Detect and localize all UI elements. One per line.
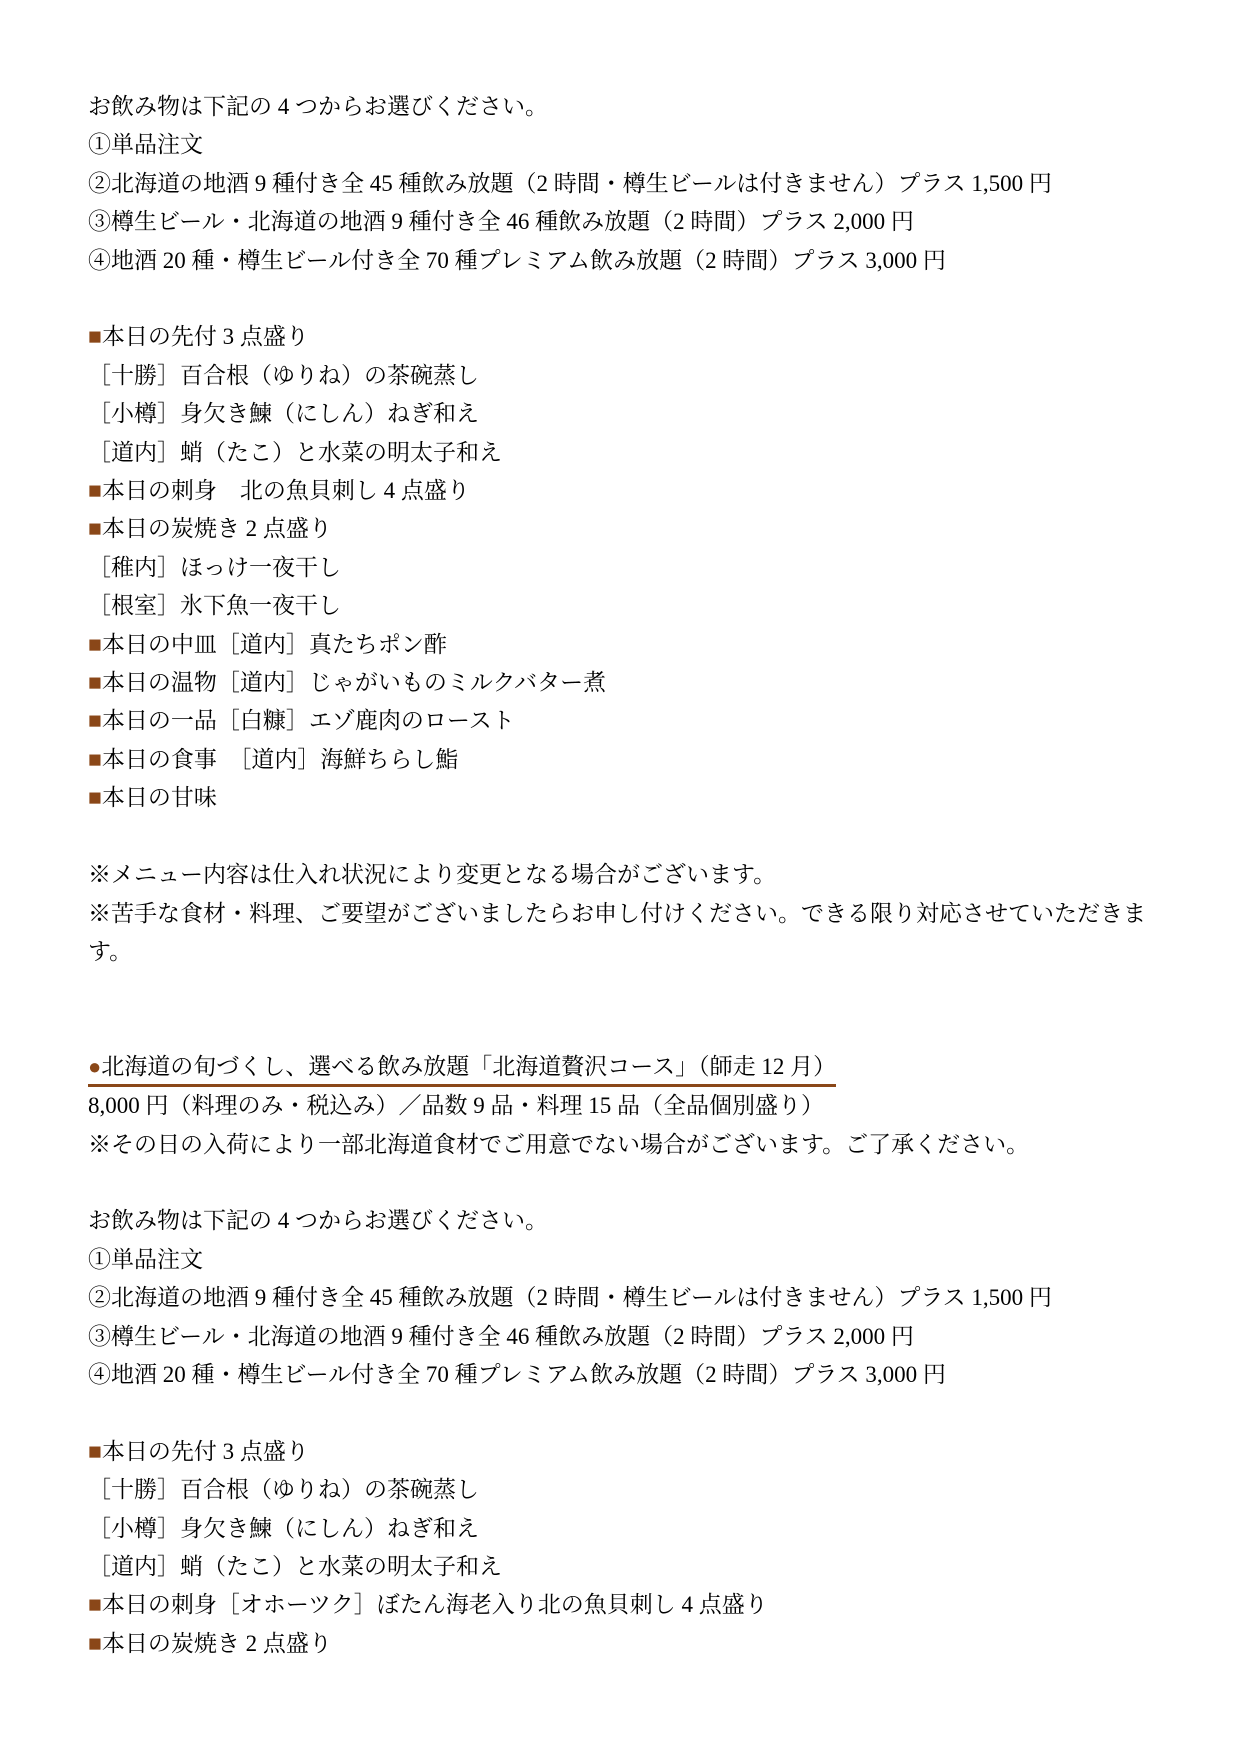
- line-content: ③樽生ビール・北海道の地酒 9 種付き全 46 種飲み放題（2 時間）プラス 2…: [88, 1324, 914, 1349]
- line-text: ③樽生ビール・北海道の地酒 9 種付き全 46 種飲み放題（2 時間）プラス 2…: [88, 1324, 914, 1349]
- line-content: ■本日の食事 ［道内］海鮮ちらし鮨: [88, 747, 458, 772]
- line-text: ［小樽］身欠き鰊（にしん）ねぎ和え: [88, 1516, 479, 1541]
- square-bullet-icon: ■: [88, 632, 102, 657]
- line-text: 8,000 円（料理のみ・税込み）／品数 9 品・料理 15 品（全品個別盛り）: [88, 1093, 824, 1118]
- blank-line: [88, 280, 1155, 318]
- menu-text-line: ［道内］蛸（たこ）と水菜の明太子和え: [88, 434, 1155, 472]
- line-content: ■本日の中皿［道内］真たちポン酢: [88, 632, 447, 657]
- line-text: 北海道の旬づくし、選べる飲み放題「北海道贅沢コース」（師走 12 月）: [101, 1054, 836, 1079]
- line-text: ※その日の入荷により一部北海道食材でご用意でない場合がございます。ご了承ください…: [88, 1132, 1029, 1157]
- line-content: ※苦手な食材・料理、ご要望がございましたらお申し付けください。できる限り対応させ…: [88, 901, 1146, 964]
- square-bullet-icon: ■: [88, 747, 102, 772]
- menu-text-line: ■本日の先付 3 点盛り: [88, 1433, 1155, 1471]
- menu-document: お飲み物は下記の 4 つからお選びください。①単品注文②北海道の地酒 9 種付き…: [88, 88, 1155, 1663]
- menu-text-line: ■本日の刺身［オホーツク］ぼたん海老入り北の魚貝刺し 4 点盛り: [88, 1586, 1155, 1624]
- line-text: ［道内］蛸（たこ）と水菜の明太子和え: [88, 440, 502, 465]
- blank-line: [88, 971, 1155, 1009]
- menu-text-line: 8,000 円（料理のみ・税込み）／品数 9 品・料理 15 品（全品個別盛り）: [88, 1087, 1155, 1125]
- menu-text-line: ③樽生ビール・北海道の地酒 9 種付き全 46 種飲み放題（2 時間）プラス 2…: [88, 203, 1155, 241]
- line-text: 本日の食事 ［道内］海鮮ちらし鮨: [102, 747, 459, 772]
- line-content: お飲み物は下記の 4 つからお選びください。: [88, 94, 548, 119]
- line-text: ［十勝］百合根（ゆりね）の茶碗蒸し: [88, 1477, 479, 1502]
- line-text: 本日の炭焼き 2 点盛り: [102, 516, 332, 541]
- menu-text-line: ■本日の炭焼き 2 点盛り: [88, 1625, 1155, 1663]
- menu-text-line: ■本日の温物［道内］じゃがいものミルクバター煮: [88, 664, 1155, 702]
- circle-bullet-icon: ●: [88, 1054, 101, 1079]
- square-bullet-icon: ■: [88, 324, 102, 349]
- menu-text-line: ①単品注文: [88, 126, 1155, 164]
- line-content: ②北海道の地酒 9 種付き全 45 種飲み放題（2 時間・樽生ビールは付きません…: [88, 1285, 1052, 1310]
- line-text: 本日の温物［道内］じゃがいものミルクバター煮: [102, 670, 606, 695]
- line-content: ■本日の刺身［オホーツク］ぼたん海老入り北の魚貝刺し 4 点盛り: [88, 1592, 768, 1617]
- menu-text-line: ■本日の先付 3 点盛り: [88, 318, 1155, 356]
- menu-text-line: ■本日の刺身 北の魚貝刺し 4 点盛り: [88, 472, 1155, 510]
- line-content: ④地酒 20 種・樽生ビール付き全 70 種プレミアム飲み放題（2 時間）プラス…: [88, 1362, 946, 1387]
- line-text: お飲み物は下記の 4 つからお選びください。: [88, 94, 548, 119]
- line-content: ■本日の一品［白糠］エゾ鹿肉のロースト: [88, 708, 515, 733]
- menu-text-line: ④地酒 20 種・樽生ビール付き全 70 種プレミアム飲み放題（2 時間）プラス…: [88, 242, 1155, 280]
- line-content: ■本日の先付 3 点盛り: [88, 324, 309, 349]
- line-content: ［道内］蛸（たこ）と水菜の明太子和え: [88, 440, 502, 465]
- menu-text-line: ［稚内］ほっけ一夜干し: [88, 549, 1155, 587]
- line-text: ※メニュー内容は仕入れ状況により変更となる場合がございます。: [88, 862, 776, 887]
- menu-text-line: ■本日の炭焼き 2 点盛り: [88, 510, 1155, 548]
- menu-text-line: ［十勝］百合根（ゆりね）の茶碗蒸し: [88, 357, 1155, 395]
- menu-text-line: ※苦手な食材・料理、ご要望がございましたらお申し付けください。できる限り対応させ…: [88, 895, 1155, 972]
- line-text: ③樽生ビール・北海道の地酒 9 種付き全 46 種飲み放題（2 時間）プラス 2…: [88, 209, 914, 234]
- line-content: ■本日の温物［道内］じゃがいものミルクバター煮: [88, 670, 606, 695]
- menu-text-line: ■本日の一品［白糠］エゾ鹿肉のロースト: [88, 702, 1155, 740]
- underlined-heading: ●北海道の旬づくし、選べる飲み放題「北海道贅沢コース」（師走 12 月）: [88, 1050, 836, 1087]
- line-text: ※苦手な食材・料理、ご要望がございましたらお申し付けください。できる限り対応させ…: [88, 901, 1146, 964]
- line-content: ［根室］氷下魚一夜干し: [88, 593, 341, 618]
- line-text: 本日の刺身［オホーツク］ぼたん海老入り北の魚貝刺し 4 点盛り: [102, 1592, 768, 1617]
- line-text: ［道内］蛸（たこ）と水菜の明太子和え: [88, 1554, 502, 1579]
- blank-line: [88, 1164, 1155, 1202]
- line-content: ※メニュー内容は仕入れ状況により変更となる場合がございます。: [88, 862, 776, 887]
- line-text: ［十勝］百合根（ゆりね）の茶碗蒸し: [88, 363, 479, 388]
- line-text: ②北海道の地酒 9 種付き全 45 種飲み放題（2 時間・樽生ビールは付きません…: [88, 1285, 1052, 1310]
- menu-text-line: ②北海道の地酒 9 種付き全 45 種飲み放題（2 時間・樽生ビールは付きません…: [88, 165, 1155, 203]
- line-content: ［十勝］百合根（ゆりね）の茶碗蒸し: [88, 1477, 479, 1502]
- line-content: ④地酒 20 種・樽生ビール付き全 70 種プレミアム飲み放題（2 時間）プラス…: [88, 248, 946, 273]
- line-content: ■本日の炭焼き 2 点盛り: [88, 1631, 332, 1656]
- menu-text-line: ［小樽］身欠き鰊（にしん）ねぎ和え: [88, 1510, 1155, 1548]
- line-text: 本日の炭焼き 2 点盛り: [102, 1631, 332, 1656]
- line-content: ②北海道の地酒 9 種付き全 45 種飲み放題（2 時間・樽生ビールは付きません…: [88, 171, 1052, 196]
- menu-text-line: ［十勝］百合根（ゆりね）の茶碗蒸し: [88, 1471, 1155, 1509]
- line-content: ［小樽］身欠き鰊（にしん）ねぎ和え: [88, 401, 479, 426]
- menu-text-line: ①単品注文: [88, 1241, 1155, 1279]
- square-bullet-icon: ■: [88, 708, 102, 733]
- line-content: ［小樽］身欠き鰊（にしん）ねぎ和え: [88, 1516, 479, 1541]
- line-content: お飲み物は下記の 4 つからお選びください。: [88, 1208, 548, 1233]
- blank-line: [88, 1010, 1155, 1048]
- menu-text-line: ［小樽］身欠き鰊（にしん）ねぎ和え: [88, 395, 1155, 433]
- blank-line: [88, 818, 1155, 856]
- line-text: 本日の一品［白糠］エゾ鹿肉のロースト: [102, 708, 515, 733]
- line-content: ［十勝］百合根（ゆりね）の茶碗蒸し: [88, 363, 479, 388]
- line-text: お飲み物は下記の 4 つからお選びください。: [88, 1208, 548, 1233]
- square-bullet-icon: ■: [88, 670, 102, 695]
- square-bullet-icon: ■: [88, 1439, 102, 1464]
- line-text: ［小樽］身欠き鰊（にしん）ねぎ和え: [88, 401, 479, 426]
- menu-text-line: ③樽生ビール・北海道の地酒 9 種付き全 46 種飲み放題（2 時間）プラス 2…: [88, 1318, 1155, 1356]
- menu-text-line: ［道内］蛸（たこ）と水菜の明太子和え: [88, 1548, 1155, 1586]
- menu-text-line: ■本日の中皿［道内］真たちポン酢: [88, 626, 1155, 664]
- square-bullet-icon: ■: [88, 1592, 102, 1617]
- line-content: ①単品注文: [88, 132, 203, 157]
- line-text: ①単品注文: [88, 1247, 203, 1272]
- square-bullet-icon: ■: [88, 785, 102, 810]
- line-text: ④地酒 20 種・樽生ビール付き全 70 種プレミアム飲み放題（2 時間）プラス…: [88, 248, 946, 273]
- square-bullet-icon: ■: [88, 478, 102, 503]
- line-text: ④地酒 20 種・樽生ビール付き全 70 種プレミアム飲み放題（2 時間）プラス…: [88, 1362, 946, 1387]
- menu-text-line: ※その日の入荷により一部北海道食材でご用意でない場合がございます。ご了承ください…: [88, 1126, 1155, 1164]
- menu-text-line: ■本日の甘味: [88, 779, 1155, 817]
- line-text: 本日の甘味: [102, 785, 217, 810]
- line-text: ②北海道の地酒 9 種付き全 45 種飲み放題（2 時間・樽生ビールは付きません…: [88, 171, 1052, 196]
- line-content: ③樽生ビール・北海道の地酒 9 種付き全 46 種飲み放題（2 時間）プラス 2…: [88, 209, 914, 234]
- menu-text-line: ④地酒 20 種・樽生ビール付き全 70 種プレミアム飲み放題（2 時間）プラス…: [88, 1356, 1155, 1394]
- menu-text-line: ※メニュー内容は仕入れ状況により変更となる場合がございます。: [88, 856, 1155, 894]
- line-text: 本日の先付 3 点盛り: [102, 1439, 309, 1464]
- menu-text-line: ②北海道の地酒 9 種付き全 45 種飲み放題（2 時間・樽生ビールは付きません…: [88, 1279, 1155, 1317]
- line-text: ①単品注文: [88, 132, 203, 157]
- document-page: お飲み物は下記の 4 つからお選びください。①単品注文②北海道の地酒 9 種付き…: [0, 0, 1240, 1755]
- line-content: 8,000 円（料理のみ・税込み）／品数 9 品・料理 15 品（全品個別盛り）: [88, 1093, 824, 1118]
- line-content: ※その日の入荷により一部北海道食材でご用意でない場合がございます。ご了承ください…: [88, 1132, 1029, 1157]
- line-content: ■本日の先付 3 点盛り: [88, 1439, 309, 1464]
- line-text: ［根室］氷下魚一夜干し: [88, 593, 341, 618]
- line-content: ①単品注文: [88, 1247, 203, 1272]
- line-text: 本日の中皿［道内］真たちポン酢: [102, 632, 447, 657]
- blank-line: [88, 1394, 1155, 1432]
- menu-text-line: お飲み物は下記の 4 つからお選びください。: [88, 88, 1155, 126]
- line-text: 本日の刺身 北の魚貝刺し 4 点盛り: [102, 478, 470, 503]
- line-content: ■本日の炭焼き 2 点盛り: [88, 516, 332, 541]
- line-text: ［稚内］ほっけ一夜干し: [88, 555, 341, 580]
- line-content: ■本日の甘味: [88, 785, 217, 810]
- menu-text-line: ■本日の食事 ［道内］海鮮ちらし鮨: [88, 741, 1155, 779]
- square-bullet-icon: ■: [88, 516, 102, 541]
- menu-text-line: ［根室］氷下魚一夜干し: [88, 587, 1155, 625]
- menu-text-line: お飲み物は下記の 4 つからお選びください。: [88, 1202, 1155, 1240]
- line-content: ■本日の刺身 北の魚貝刺し 4 点盛り: [88, 478, 470, 503]
- line-content: ［道内］蛸（たこ）と水菜の明太子和え: [88, 1554, 502, 1579]
- course-heading-line: ●北海道の旬づくし、選べる飲み放題「北海道贅沢コース」（師走 12 月）: [88, 1048, 1155, 1087]
- line-content: ［稚内］ほっけ一夜干し: [88, 555, 341, 580]
- line-text: 本日の先付 3 点盛り: [102, 324, 309, 349]
- square-bullet-icon: ■: [88, 1631, 102, 1656]
